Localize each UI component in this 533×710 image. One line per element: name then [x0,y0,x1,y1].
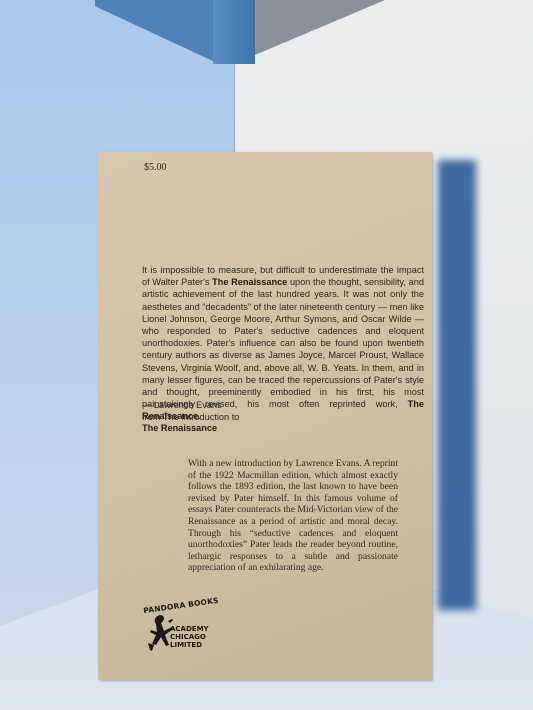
logo-line-1: ACADEMY [170,625,209,633]
logo-line-2: CHICAGO [170,633,209,641]
book-back-cover: $5.00 It is impossible to measure, but d… [98,152,432,680]
attribution-author: — Lawrence Evans [142,400,239,412]
book-shadow [438,160,476,610]
publisher-logo: PANDORA BOOKS ACADEMY CHICAGO LIMITED [140,599,220,669]
attribution-title: The Renaissance [142,423,217,433]
wall-ledge-post [213,0,255,64]
price-label: $5.00 [144,162,167,173]
blurb-paragraph: With a new introduction by Lawrence Evan… [188,458,398,574]
attribution-source: from The Introduction to [142,412,239,424]
quote-title-1: The Renaissance [212,277,287,287]
logo-line-3: LIMITED [170,641,209,649]
quote-attribution: — Lawrence Evans from The Introduction t… [142,400,239,435]
logo-imprint-text: ACADEMY CHICAGO LIMITED [170,625,209,649]
quote-paragraph: It is impossible to measure, but difficu… [142,264,424,423]
quote-text-2: upon the thought, sensibility, and artis… [142,277,424,409]
